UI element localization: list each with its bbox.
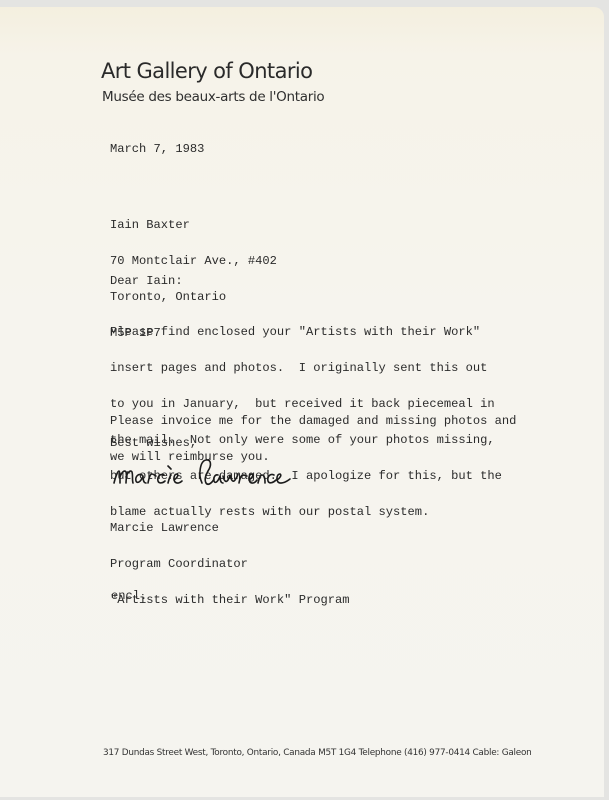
paragraph-line: insert pages and photos. I originally se… — [110, 362, 502, 374]
letter-page: Art Gallery of Ontario Musée des beaux-a… — [0, 7, 604, 797]
letterhead-subtitle: Musée des beaux-arts de l'Ontario — [102, 89, 324, 105]
sender-name: Marcie Lawrence — [110, 522, 350, 534]
paragraph-line: Please invoice me for the damaged and mi… — [110, 415, 516, 427]
handwritten-signature — [110, 453, 300, 493]
enclosure-note: encl. — [111, 590, 147, 602]
letterhead-title: Art Gallery of Ontario — [101, 59, 312, 83]
sender-block: Marcie Lawrence Program Coordinator "Art… — [110, 498, 350, 630]
recipient-street: 70 Montclair Ave., #402 — [110, 255, 277, 267]
paragraph-line: Please find enclosed your "Artists with … — [110, 326, 502, 338]
footer-address: 317 Dundas Street West, Toronto, Ontario… — [103, 748, 532, 758]
recipient-name: Iain Baxter — [110, 219, 277, 231]
sender-title: Program Coordinator — [110, 558, 350, 570]
letter-date: March 7, 1983 — [110, 143, 204, 155]
salutation: Dear Iain: — [110, 275, 183, 287]
closing: Best wishes, — [110, 437, 197, 449]
